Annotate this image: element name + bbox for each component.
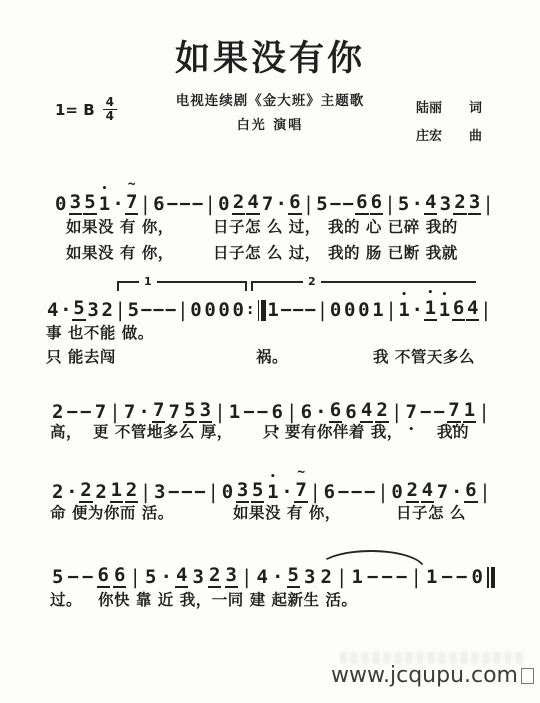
dash-note: − bbox=[153, 301, 164, 321]
watermark-text: www.jcqupu.com bbox=[331, 663, 518, 688]
note: 0 bbox=[329, 301, 342, 321]
note: 2 bbox=[232, 193, 245, 215]
note: 5 bbox=[83, 193, 96, 215]
note: 5 bbox=[51, 568, 64, 588]
barline: | bbox=[208, 483, 219, 504]
thin-bar bbox=[487, 567, 489, 588]
note: 2 bbox=[320, 568, 333, 588]
note: 0 bbox=[217, 301, 230, 321]
dash-note: − bbox=[396, 568, 407, 588]
note: 7 bbox=[168, 403, 181, 423]
barline: | bbox=[115, 301, 126, 322]
lyric-segment: 祸。 bbox=[256, 349, 288, 366]
note: 6 bbox=[152, 195, 165, 215]
lyric-segment: 我的 肠 已断 我就 bbox=[328, 245, 458, 262]
note: 0 bbox=[390, 483, 403, 503]
note: 5 bbox=[315, 195, 328, 215]
dash-note: − bbox=[420, 403, 431, 423]
dash-note: − bbox=[181, 483, 192, 503]
note: 5 bbox=[72, 299, 85, 321]
note: 1 bbox=[463, 401, 476, 423]
note: 6 bbox=[113, 566, 126, 588]
dash-note: − bbox=[167, 195, 178, 215]
note: 6 bbox=[329, 401, 342, 423]
note: 5 bbox=[183, 401, 196, 423]
dash-note: − bbox=[364, 483, 375, 503]
note: 6 bbox=[288, 193, 301, 215]
note: 1 bbox=[438, 301, 451, 321]
barline: | bbox=[310, 483, 321, 504]
duration-dot: · bbox=[315, 403, 326, 423]
note: 1 bbox=[98, 195, 111, 215]
note: 7 bbox=[447, 401, 460, 423]
note: 0 bbox=[357, 301, 370, 321]
note: 4 bbox=[421, 481, 434, 503]
duration-dot: · bbox=[411, 195, 422, 215]
volta-label-1: 1 bbox=[139, 274, 157, 289]
credits-block: 陆丽 词 庄宏 曲 bbox=[416, 97, 482, 144]
note: 4 bbox=[424, 193, 437, 215]
note: 2 bbox=[51, 403, 64, 423]
note: 3 bbox=[192, 568, 205, 588]
duration-dot: · bbox=[112, 195, 123, 215]
lyric-segment: 我的 bbox=[437, 424, 469, 441]
barline: | bbox=[140, 195, 151, 216]
note: 6 bbox=[370, 193, 383, 215]
barline: | bbox=[384, 195, 395, 216]
dash-note: − bbox=[141, 301, 152, 321]
lyric-segment: 事 也不能 做。 bbox=[46, 325, 154, 342]
note: 7 bbox=[94, 403, 107, 423]
duration-dot: · bbox=[66, 483, 77, 503]
note: 7 bbox=[436, 483, 449, 503]
note: 2 bbox=[94, 483, 107, 503]
composer-role: 曲 bbox=[469, 125, 482, 144]
note: 4 bbox=[360, 401, 373, 423]
notation-line-3: 2−−7|7·7753|1−−6|6·6642|7−−71| bbox=[51, 399, 490, 423]
note: 7 bbox=[125, 193, 138, 215]
lyric-segment: 日子怎 么 bbox=[396, 505, 466, 522]
barline: | bbox=[286, 403, 297, 424]
note: 1 bbox=[228, 403, 241, 423]
duration-dot: · bbox=[161, 568, 172, 588]
notation-line-5: 5−−66|5·4323|4·532|1−−−|1−−0 bbox=[51, 564, 495, 588]
note: 6 bbox=[452, 299, 465, 321]
time-signature: 4 4 bbox=[103, 96, 117, 123]
notation-line-2: 4·532|5−−−|0000:1−−−|0001|1·1164| bbox=[46, 297, 492, 321]
lyric-segment: 你快 靠 近 我，一同 建 起新生 活。 bbox=[98, 592, 357, 609]
dash-note: − bbox=[305, 301, 316, 321]
watermark: www.jcqupu.com bbox=[0, 663, 534, 688]
dash-note: − bbox=[442, 568, 453, 588]
notation-line-4: 2·2212|3−−−|0351·7|6−−−|0247·6| bbox=[51, 479, 491, 503]
note: 1 bbox=[424, 299, 437, 321]
thin-bar bbox=[258, 300, 260, 321]
lyric-segment: 日子怎 么 过， bbox=[213, 245, 321, 262]
barline: | bbox=[130, 568, 141, 589]
barline: | bbox=[140, 483, 151, 504]
key-signature: 1= B 4 4 bbox=[55, 96, 117, 123]
credit-composer: 庄宏 曲 bbox=[416, 125, 482, 144]
notation-line-1: 0351·7|6−−−|0247·6|5−−66|5·4323| bbox=[54, 191, 494, 215]
dash-note: − bbox=[367, 568, 378, 588]
dash-note: − bbox=[165, 301, 176, 321]
note: 1 bbox=[110, 481, 123, 503]
note: 0 bbox=[217, 195, 230, 215]
note: 0 bbox=[203, 301, 216, 321]
barline: | bbox=[391, 403, 402, 424]
note: 6 bbox=[344, 403, 357, 423]
thick-bar bbox=[261, 300, 266, 321]
song-title: 如果没有你 bbox=[0, 38, 540, 80]
dash-note: − bbox=[293, 301, 304, 321]
note: 0 bbox=[189, 301, 202, 321]
note: 2 bbox=[406, 481, 419, 503]
lyric-segment: 如果没 有 你， bbox=[66, 219, 174, 236]
dash-note: − bbox=[351, 483, 362, 503]
barline: | bbox=[385, 301, 396, 322]
note: 4 bbox=[466, 299, 479, 321]
repeat-end-barline: : bbox=[246, 299, 266, 321]
barline: | bbox=[303, 195, 314, 216]
duration-dot: · bbox=[276, 195, 287, 215]
dash-note: − bbox=[338, 483, 349, 503]
barline: | bbox=[205, 195, 216, 216]
barline: | bbox=[482, 195, 493, 216]
lyric-segment: 我 不管天多么 bbox=[373, 349, 475, 366]
lyricist-role: 词 bbox=[469, 97, 482, 116]
note: 5 bbox=[397, 195, 410, 215]
tie-arc bbox=[317, 550, 425, 569]
note: 2 bbox=[79, 481, 92, 503]
note: 6 bbox=[464, 481, 477, 503]
lyric-segment: 命 便为你而 活。 bbox=[50, 505, 174, 522]
note: 6 bbox=[323, 483, 336, 503]
final-barline bbox=[487, 566, 495, 588]
barline: | bbox=[478, 403, 489, 424]
lyric-segment: 我的 心 已碎 我的 bbox=[328, 219, 458, 236]
volta-bracket-1: 1 bbox=[117, 281, 247, 292]
note: 2 bbox=[208, 566, 221, 588]
note: 0 bbox=[232, 301, 245, 321]
volta-label-2: 2 bbox=[303, 274, 321, 289]
note: 3 bbox=[69, 193, 82, 215]
lyric-segment: 高， bbox=[50, 424, 82, 441]
note: 2 bbox=[125, 481, 138, 503]
note: 2 bbox=[375, 401, 388, 423]
sheet-music-page: 如果没有你 电视连续剧《金大班》主题歌 白光 演唱 1= B 4 4 陆丽 词 … bbox=[0, 0, 540, 703]
watermark-box bbox=[521, 668, 534, 684]
barline: | bbox=[109, 403, 120, 424]
duration-dot: · bbox=[272, 568, 283, 588]
note: 3 bbox=[153, 483, 166, 503]
note: 1 bbox=[266, 483, 279, 503]
thick-bar bbox=[491, 567, 496, 588]
dash-note: − bbox=[434, 403, 445, 423]
time-signature-denominator: 4 bbox=[106, 110, 114, 123]
note: 7 bbox=[152, 401, 165, 423]
note: 0 bbox=[221, 483, 234, 503]
note: 2 bbox=[51, 483, 64, 503]
dash-note: − bbox=[168, 483, 179, 503]
lyricist-name: 陆丽 bbox=[416, 97, 442, 116]
barline: | bbox=[241, 568, 252, 589]
note: 1 bbox=[351, 568, 364, 588]
note: 6 bbox=[355, 193, 368, 215]
note: 4 bbox=[256, 568, 269, 588]
note: 5 bbox=[251, 481, 264, 503]
barline: | bbox=[480, 301, 491, 322]
dash-note: − bbox=[456, 568, 467, 588]
note: 6 bbox=[97, 566, 110, 588]
note: 3 bbox=[225, 566, 238, 588]
credit-lyricist: 陆丽 词 bbox=[416, 97, 482, 116]
dash-note: − bbox=[342, 195, 353, 215]
lyric-segment: 如果没 有 你， bbox=[66, 245, 174, 262]
dash-note: − bbox=[82, 568, 93, 588]
note: 5 bbox=[144, 568, 157, 588]
dash-note: − bbox=[179, 195, 190, 215]
note: 4 bbox=[46, 301, 59, 321]
time-signature-numerator: 4 bbox=[103, 96, 117, 110]
dash-note: − bbox=[192, 195, 203, 215]
barline: | bbox=[177, 301, 188, 322]
note: 1 bbox=[371, 301, 384, 321]
note: 0 bbox=[471, 568, 484, 588]
dash-note: − bbox=[280, 301, 291, 321]
dash-note: − bbox=[257, 403, 268, 423]
note: 6 bbox=[300, 403, 313, 423]
note: 3 bbox=[303, 568, 316, 588]
lyric-segment: 日子怎 么 过， bbox=[213, 219, 321, 236]
note: 5 bbox=[287, 566, 300, 588]
barline: | bbox=[377, 483, 388, 504]
note: 2 bbox=[453, 193, 466, 215]
note: 0 bbox=[54, 195, 67, 215]
note: 7 bbox=[261, 195, 274, 215]
note: 2 bbox=[100, 301, 113, 321]
note: 3 bbox=[439, 195, 452, 215]
dash-note: − bbox=[80, 403, 91, 423]
dash-note: − bbox=[194, 483, 205, 503]
key-label: 1= B bbox=[55, 101, 95, 119]
duration-dot: · bbox=[138, 403, 149, 423]
note: 7 bbox=[123, 403, 136, 423]
dash-note: − bbox=[330, 195, 341, 215]
barline: | bbox=[214, 403, 225, 424]
note: 5 bbox=[127, 301, 140, 321]
dash-note: − bbox=[67, 403, 78, 423]
dash-note: − bbox=[382, 568, 393, 588]
duration-dot: · bbox=[281, 483, 292, 503]
dash-note: − bbox=[68, 568, 79, 588]
barline: | bbox=[317, 301, 328, 322]
composer-name: 庄宏 bbox=[416, 125, 442, 144]
lyric-segment: 如果没 有 你， bbox=[233, 505, 341, 522]
duration-dot: · bbox=[60, 301, 71, 321]
note: 6 bbox=[270, 403, 283, 423]
repeat-dots: : bbox=[246, 302, 255, 318]
note: 3 bbox=[199, 401, 212, 423]
dash-note: − bbox=[243, 403, 254, 423]
note: 1 bbox=[425, 568, 438, 588]
note: 1 bbox=[266, 301, 279, 321]
lyric-segment: 只 能去闯 bbox=[46, 349, 116, 366]
duration-dot: · bbox=[451, 483, 462, 503]
note: 0 bbox=[343, 301, 356, 321]
barline: | bbox=[479, 483, 490, 504]
lyric-segment: 只 要有你伴着 我， bbox=[263, 424, 403, 441]
note: 3 bbox=[468, 193, 481, 215]
note: 7 bbox=[405, 403, 418, 423]
barline: | bbox=[336, 568, 347, 589]
note: 3 bbox=[236, 481, 249, 503]
barline: | bbox=[411, 568, 422, 589]
note: 4 bbox=[246, 193, 259, 215]
lyric-segment: 更 不管地多么 厚， bbox=[93, 424, 233, 441]
note: 7 bbox=[294, 481, 307, 503]
lyric-segment: 过。 bbox=[50, 592, 82, 609]
note: 4 bbox=[175, 566, 188, 588]
duration-dot: · bbox=[412, 301, 423, 321]
note: 3 bbox=[86, 301, 99, 321]
note: 1 bbox=[397, 301, 410, 321]
